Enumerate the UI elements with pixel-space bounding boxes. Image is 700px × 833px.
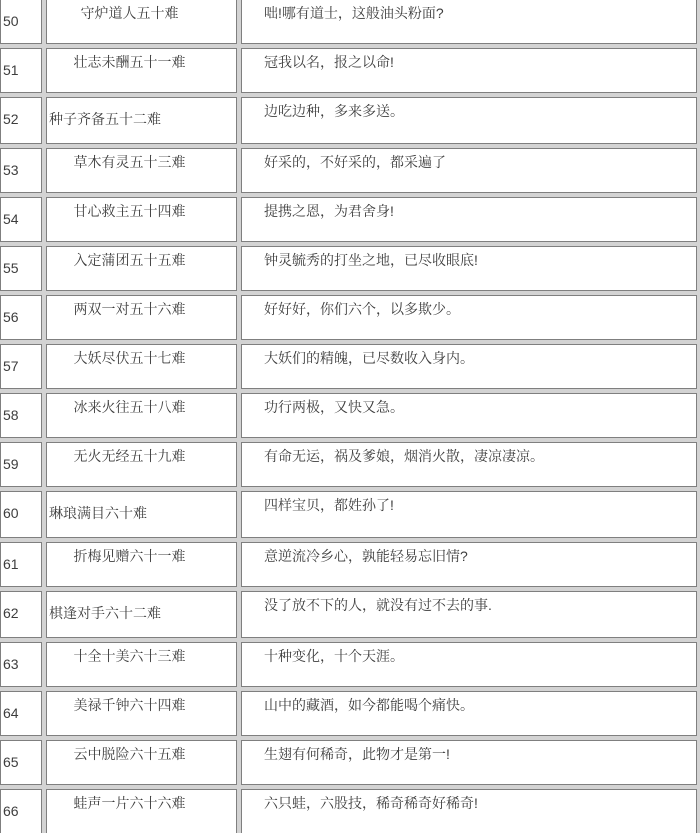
table-row: 64美禄千钟六十四难山中的藏酒，如今都能喝个痛快。: [0, 691, 697, 736]
table-row: 60琳琅满目六十难四样宝贝，都姓孙了!: [0, 491, 697, 538]
tribulation-quote-cell: 六只蛙，六股技，稀奇稀奇好稀奇!: [241, 789, 697, 833]
tribulation-title-cell: 两双一对五十六难: [46, 295, 237, 340]
page-viewport: 50守炉道人五十难咄!哪有道士，这般油头粉面?51壮志未酬五十一难冠我以名，报之…: [0, 0, 700, 833]
tribulation-quote-cell: 钟灵毓秀的打坐之地，已尽收眼底!: [241, 246, 697, 291]
tribulation-quote-cell: 生翅有何稀奇，此物才是第一!: [241, 740, 697, 785]
table-row: 59无火无经五十九难有命无运，祸及爹娘，烟消火散，凄凉凄凉。: [0, 442, 697, 487]
tribulation-quote-cell: 没了放不下的人，就没有过不去的事.: [241, 591, 697, 638]
row-number-cell: 62: [0, 591, 42, 638]
row-number-cell: 56: [0, 295, 42, 340]
tribulation-title-cell: 守炉道人五十难: [46, 0, 237, 44]
tribulation-title-cell: 冰来火往五十八难: [46, 393, 237, 438]
tribulation-table: 50守炉道人五十难咄!哪有道士，这般油头粉面?51壮志未酬五十一难冠我以名，报之…: [0, 0, 700, 833]
row-number-cell: 50: [0, 0, 42, 44]
table-row: 57大妖尽伏五十七难大妖们的精魄，已尽数收入身内。: [0, 344, 697, 389]
tribulation-quote-cell: 大妖们的精魄，已尽数收入身内。: [241, 344, 697, 389]
tribulation-title-cell: 草木有灵五十三难: [46, 148, 237, 193]
table-row: 61折梅见赠六十一难意逆流冷乡心，孰能轻易忘旧情?: [0, 542, 697, 587]
tribulation-title-cell: 大妖尽伏五十七难: [46, 344, 237, 389]
tribulation-title-cell: 美禄千钟六十四难: [46, 691, 237, 736]
table-row: 63十全十美六十三难十种变化，十个天涯。: [0, 642, 697, 687]
table-row: 56两双一对五十六难好好好，你们六个，以多欺少。: [0, 295, 697, 340]
tribulation-title-cell: 云中脱险六十五难: [46, 740, 237, 785]
tribulation-title-cell: 种子齐备五十二难: [46, 97, 237, 144]
tribulation-quote-cell: 十种变化，十个天涯。: [241, 642, 697, 687]
table-row: 65云中脱险六十五难生翅有何稀奇，此物才是第一!: [0, 740, 697, 785]
row-number-cell: 55: [0, 246, 42, 291]
table-row: 58冰来火往五十八难功行两极，又快又急。: [0, 393, 697, 438]
row-number-cell: 59: [0, 442, 42, 487]
table-row: 50守炉道人五十难咄!哪有道士，这般油头粉面?: [0, 0, 697, 44]
row-number-cell: 53: [0, 148, 42, 193]
row-number-cell: 64: [0, 691, 42, 736]
tribulation-title-cell: 壮志未酬五十一难: [46, 48, 237, 93]
row-number-cell: 54: [0, 197, 42, 242]
tribulation-title-cell: 蛙声一片六十六难: [46, 789, 237, 833]
tribulation-title-cell: 入定蒲团五十五难: [46, 246, 237, 291]
row-number-cell: 60: [0, 491, 42, 538]
row-number-cell: 58: [0, 393, 42, 438]
tribulation-quote-cell: 有命无运，祸及爹娘，烟消火散，凄凉凄凉。: [241, 442, 697, 487]
tribulation-title-cell: 折梅见赠六十一难: [46, 542, 237, 587]
tribulation-quote-cell: 咄!哪有道士，这般油头粉面?: [241, 0, 697, 44]
tribulation-quote-cell: 山中的藏酒，如今都能喝个痛快。: [241, 691, 697, 736]
table-row: 52种子齐备五十二难边吃边种，多来多送。: [0, 97, 697, 144]
row-number-cell: 66: [0, 789, 42, 833]
tribulation-title-cell: 甘心救主五十四难: [46, 197, 237, 242]
tribulation-quote-cell: 意逆流冷乡心，孰能轻易忘旧情?: [241, 542, 697, 587]
tribulation-title-cell: 十全十美六十三难: [46, 642, 237, 687]
table-row: 62棋逢对手六十二难没了放不下的人，就没有过不去的事.: [0, 591, 697, 638]
table-row: 54甘心救主五十四难提携之恩，为君舍身!: [0, 197, 697, 242]
tribulation-title-cell: 琳琅满目六十难: [46, 491, 237, 538]
row-number-cell: 57: [0, 344, 42, 389]
tribulation-title-cell: 无火无经五十九难: [46, 442, 237, 487]
tribulation-quote-cell: 冠我以名，报之以命!: [241, 48, 697, 93]
row-number-cell: 63: [0, 642, 42, 687]
row-number-cell: 52: [0, 97, 42, 144]
row-number-cell: 51: [0, 48, 42, 93]
table-row: 51壮志未酬五十一难冠我以名，报之以命!: [0, 48, 697, 93]
tribulation-quote-cell: 四样宝贝，都姓孙了!: [241, 491, 697, 538]
table-row: 66蛙声一片六十六难六只蛙，六股技，稀奇稀奇好稀奇!: [0, 789, 697, 833]
table-row: 55入定蒲团五十五难钟灵毓秀的打坐之地，已尽收眼底!: [0, 246, 697, 291]
tribulation-table-body: 50守炉道人五十难咄!哪有道士，这般油头粉面?51壮志未酬五十一难冠我以名，报之…: [0, 0, 697, 833]
tribulation-quote-cell: 好好好，你们六个，以多欺少。: [241, 295, 697, 340]
tribulation-quote-cell: 边吃边种，多来多送。: [241, 97, 697, 144]
row-number-cell: 61: [0, 542, 42, 587]
tribulation-title-cell: 棋逢对手六十二难: [46, 591, 237, 638]
row-number-cell: 65: [0, 740, 42, 785]
tribulation-quote-cell: 好采的，不好采的，都采遍了: [241, 148, 697, 193]
tribulation-quote-cell: 功行两极，又快又急。: [241, 393, 697, 438]
tribulation-quote-cell: 提携之恩，为君舍身!: [241, 197, 697, 242]
table-row: 53草木有灵五十三难好采的，不好采的，都采遍了: [0, 148, 697, 193]
